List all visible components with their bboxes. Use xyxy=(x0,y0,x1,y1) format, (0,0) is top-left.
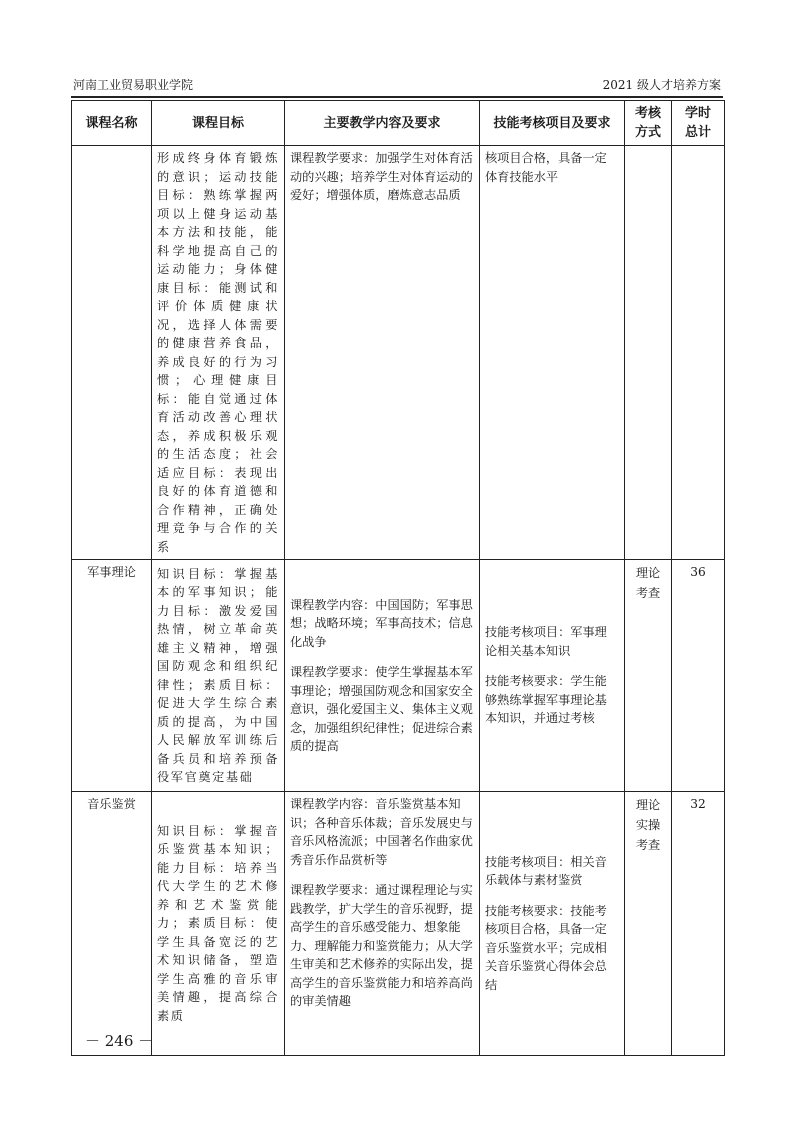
assessment-method-cell: 理论考查 xyxy=(625,560,672,792)
course-goal-cell: 形成终身体育锻炼的意识；运动技能目标：熟练掌握两项以上健身运动基本方法和技能，能… xyxy=(152,146,285,560)
column-header-assessment-method: 考核 方式 xyxy=(625,101,672,146)
content-paragraph: 课程教学要求：加强学生对体育活动的兴趣；培养学生对体育运动的爱好；增强体质，磨炼… xyxy=(290,149,474,205)
column-header-skill-assessment: 技能考核项目及要求 xyxy=(480,101,625,146)
column-header-total-hours: 学时 总计 xyxy=(672,101,725,146)
assessment-method: 理论实操考查 xyxy=(635,795,661,855)
content-cell: 课程教学要求：加强学生对体育活动的兴趣；培养学生对体育运动的爱好；增强体质，磨炼… xyxy=(285,146,480,560)
assessment-method-cell xyxy=(625,146,672,560)
page-header: 河南工业贸易职业学院 2021 级人才培养方案 xyxy=(71,74,723,98)
assessment-method-cell: 理论实操考查 xyxy=(625,792,672,1056)
header-line: 学时 xyxy=(677,104,719,123)
content-cell: 课程教学内容：音乐鉴赏基本知识；各种音乐体裁；音乐发展史与音乐风格流派；中国著名… xyxy=(285,792,480,1056)
total-hours-cell xyxy=(672,146,725,560)
header-line: 考核 xyxy=(630,104,666,123)
content-paragraph: 课程教学要求：通过课程理论与实践教学，扩大学生的音乐视野，提高学生的音乐感受能力… xyxy=(290,881,474,1011)
course-goal-cell: 知识目标：掌握音乐鉴赏基本知识；能力目标：培养当代大学生的艺术修养和艺术鉴赏能力… xyxy=(152,792,285,1056)
course-name-cell: 音乐鉴赏 xyxy=(72,792,152,1056)
skill-cell: 核项目合格，具备一定体育技能水平 xyxy=(480,146,625,560)
content-paragraph: 课程教学要求：使学生掌握基本军事理论；增强国防观念和国家安全意识，强化爱国主义、… xyxy=(290,663,474,756)
header-line: 总计 xyxy=(677,123,719,142)
skill-paragraph: 技能考核项目：军事理论相关基本知识 xyxy=(485,623,619,660)
course-name-cell: 军事理论 xyxy=(72,560,152,792)
column-header-content: 主要教学内容及要求 xyxy=(285,101,480,146)
table-row: 军事理论 知识目标：掌握基本的军事知识；能力目标：激发爱国热情，树立革命英雄主义… xyxy=(72,560,725,792)
total-hours-cell: 32 xyxy=(672,792,725,1056)
course-name-cell xyxy=(72,146,152,560)
skill-cell: 技能考核项目：军事理论相关基本知识 技能考核要求：学生能够熟练掌握军事理论基本知… xyxy=(480,560,625,792)
table-row: 形成终身体育锻炼的意识；运动技能目标：熟练掌握两项以上健身运动基本方法和技能，能… xyxy=(72,146,725,560)
skill-cell: 技能考核项目：相关音乐载体与素材鉴赏 技能考核要求：技能考核项目合格，具备一定音… xyxy=(480,792,625,1056)
page-number: － 246 － xyxy=(85,1030,153,1051)
content-cell: 课程教学内容：中国国防；军事思想；战略环境；军事高技术；信息化战争 课程教学要求… xyxy=(285,560,480,792)
content-paragraph: 课程教学内容：音乐鉴赏基本知识；各种音乐体裁；音乐发展史与音乐风格流派；中国著名… xyxy=(290,795,474,869)
institution-name: 河南工业贸易职业学院 xyxy=(73,76,193,93)
document-title: 2021 级人才培养方案 xyxy=(603,76,721,93)
skill-paragraph: 核项目合格，具备一定体育技能水平 xyxy=(485,149,619,186)
column-header-course-goal: 课程目标 xyxy=(152,101,285,146)
table-row: 音乐鉴赏 知识目标：掌握音乐鉴赏基本知识；能力目标：培养当代大学生的艺术修养和艺… xyxy=(72,792,725,1056)
skill-paragraph: 技能考核要求：学生能够熟练掌握军事理论基本知识，并通过考核 xyxy=(485,672,619,728)
course-goal-cell: 知识目标：掌握基本的军事知识；能力目标：激发爱国热情，树立革命英雄主义精神，增强… xyxy=(152,560,285,792)
skill-paragraph: 技能考核项目：相关音乐载体与素材鉴赏 xyxy=(485,853,619,890)
course-table: 课程名称 课程目标 主要教学内容及要求 技能考核项目及要求 考核 方式 学时 总… xyxy=(71,100,725,1056)
header-line: 方式 xyxy=(630,123,666,142)
column-header-course-name: 课程名称 xyxy=(72,101,152,146)
table-header-row: 课程名称 课程目标 主要教学内容及要求 技能考核项目及要求 考核 方式 学时 总… xyxy=(72,101,725,146)
content-paragraph: 课程教学内容：中国国防；军事思想；战略环境；军事高技术；信息化战争 xyxy=(290,596,474,652)
skill-paragraph: 技能考核要求：技能考核项目合格，具备一定音乐鉴赏水平；完成相关音乐鉴赏心得体会总… xyxy=(485,902,619,995)
assessment-method: 理论考查 xyxy=(635,563,661,603)
total-hours-cell: 36 xyxy=(672,560,725,792)
